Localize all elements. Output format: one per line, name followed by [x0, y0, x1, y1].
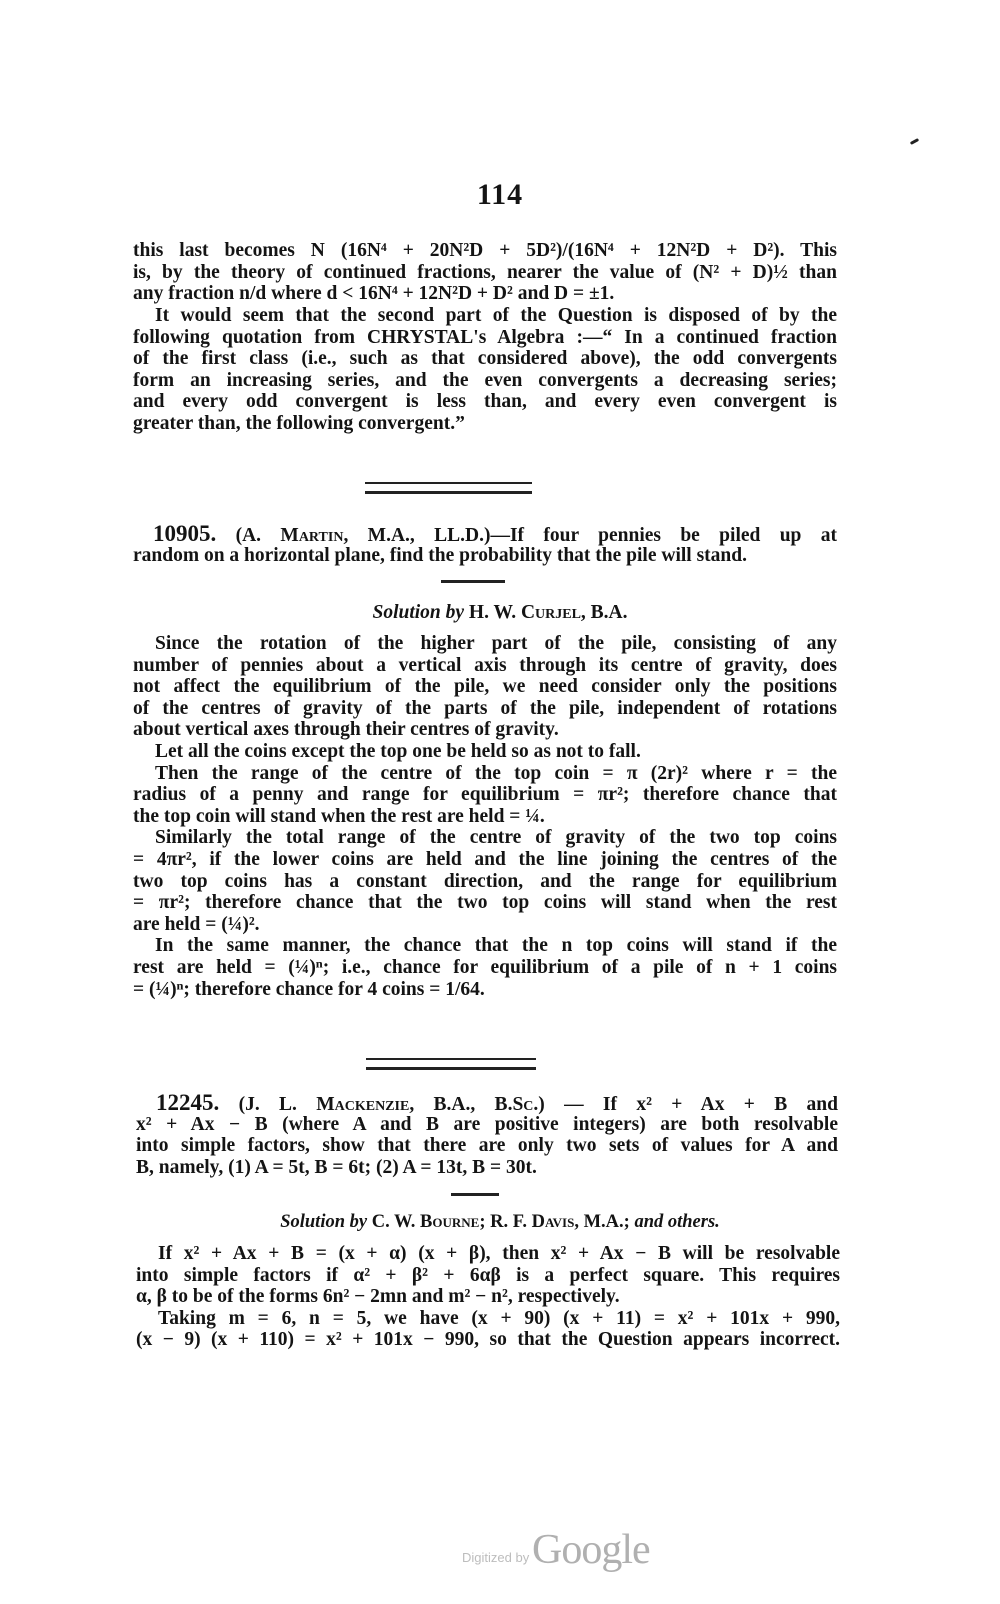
text-line: Then the range of the centre of the top … — [133, 763, 837, 785]
question-number: 10905. — [153, 521, 216, 546]
text-line: the top coin will stand when the rest ar… — [133, 806, 837, 828]
text-line: greater than, the following convergent.” — [133, 413, 837, 435]
question-statement: —If four pennies be piled up at — [490, 525, 837, 546]
text-line: about vertical axes through their centre… — [133, 719, 837, 741]
text-line: any fraction n/d where d < 16N⁴ + 12N²D … — [133, 283, 837, 305]
google-logo-text: Google — [532, 1526, 650, 1574]
text-line: = πr²; therefore chance that the two top… — [133, 892, 837, 914]
text-line: into simple factors if α² + β² + 6αβ is … — [136, 1265, 840, 1287]
text-line: is, by the theory of continued fractions… — [133, 262, 837, 284]
section-divider-double-rule — [366, 1058, 536, 1070]
solver-name: H. W. Curjel, B.A. — [469, 602, 628, 623]
text-line: not affect the equilibrium of the pile, … — [133, 676, 837, 698]
digitized-by-label: Digitized by — [462, 1550, 529, 1565]
solution-heading-12245: Solution by C. W. Bourne; R. F. Davis, M… — [0, 1212, 1000, 1233]
text-line: Let all the coins except the top one be … — [133, 741, 837, 763]
question-header-line: 12245. (J. L. Mackenzie, B.A., B.Sc.) — … — [136, 1092, 838, 1114]
text-line: and every odd convergent is less than, a… — [133, 391, 837, 413]
solution-label: Solution by — [280, 1212, 367, 1232]
text-line: of the centres of gravity of the parts o… — [133, 698, 837, 720]
digitized-by-google-watermark: Digitized by Google — [460, 1530, 660, 1580]
text-line: = (¼)ⁿ; therefore chance for 4 coins = 1… — [133, 979, 837, 1001]
text-line: into simple factors, show that there are… — [136, 1135, 838, 1157]
page-number: 114 — [0, 178, 1000, 212]
question-10905: 10905. (A. Martin, M.A., LL.D.)—If four … — [133, 523, 837, 566]
text-line: this last becomes N (16N⁴ + 20N²D + 5D²)… — [133, 240, 837, 262]
text-line: two top coins has a constant direction, … — [133, 871, 837, 893]
solver-names: C. W. Bourne; R. F. Davis, M.A.; — [372, 1212, 630, 1232]
solution-10905-body: Since the rotation of the higher part of… — [133, 633, 837, 1000]
text-line: = 4πr², if the lower coins are held and … — [133, 849, 837, 871]
continuation-paragraph: this last becomes N (16N⁴ + 20N²D + 5D²)… — [133, 240, 837, 305]
text-line: Since the rotation of the higher part of… — [133, 633, 837, 655]
text-line: It would seem that the second part of th… — [133, 305, 837, 327]
short-divider-rule — [441, 580, 505, 583]
section-divider-double-rule — [365, 482, 532, 494]
text-line: (x − 9) (x + 110) = x² + 101x − 990, so … — [136, 1329, 840, 1351]
text-line: form an increasing series, and the even … — [133, 370, 837, 392]
text-line: number of pennies about a vertical axis … — [133, 655, 837, 677]
question-12245: 12245. (J. L. Mackenzie, B.A., B.Sc.) — … — [136, 1092, 838, 1178]
solution-12245-body: If x² + Ax + B = (x + α) (x + β), then x… — [136, 1243, 840, 1351]
solution-label: Solution by — [372, 602, 464, 623]
solver-suffix: and others. — [634, 1212, 719, 1232]
scanned-page: 114 this last becomes N (16N⁴ + 20N²D + … — [0, 0, 1000, 1604]
question-header-line: 10905. (A. Martin, M.A., LL.D.)—If four … — [133, 523, 837, 545]
text-line: following quotation from CHRYSTAL's Alge… — [133, 327, 837, 349]
short-divider-rule — [451, 1193, 499, 1196]
question-proposer: (J. L. Mackenzie, B.A., B.Sc.) — [239, 1094, 545, 1115]
text-line: If x² + Ax + B = (x + α) (x + β), then x… — [136, 1243, 840, 1265]
text-line: random on a horizontal plane, find the p… — [133, 545, 837, 567]
question-statement: — If x² + Ax + B and — [564, 1094, 838, 1115]
text-line: Taking m = 6, n = 5, we have (x + 90) (x… — [136, 1308, 840, 1330]
chrystal-quotation-paragraph: It would seem that the second part of th… — [133, 305, 837, 435]
text-line: radius of a penny and range for equilibr… — [133, 784, 837, 806]
question-proposer: (A. Martin, M.A., LL.D.) — [236, 525, 491, 546]
text-line: In the same manner, the chance that the … — [133, 935, 837, 957]
text-line: α, β to be of the forms 6n² − 2mn and m²… — [136, 1286, 840, 1308]
text-line: x² + Ax − B (where A and B are positive … — [136, 1114, 838, 1136]
question-number: 12245. — [156, 1090, 219, 1115]
text-line: of the first class (i.e., such as that c… — [133, 348, 837, 370]
text-line: rest are held = (¼)ⁿ; i.e., chance for e… — [133, 957, 837, 979]
solution-heading-10905: Solution by H. W. Curjel, B.A. — [0, 602, 1000, 624]
text-line: B, namely, (1) A = 5t, B = 6t; (2) A = 1… — [136, 1157, 838, 1179]
scan-artifact-mark — [910, 138, 919, 145]
text-line: are held = (¼)². — [133, 914, 837, 936]
text-line: Similarly the total range of the centre … — [133, 827, 837, 849]
